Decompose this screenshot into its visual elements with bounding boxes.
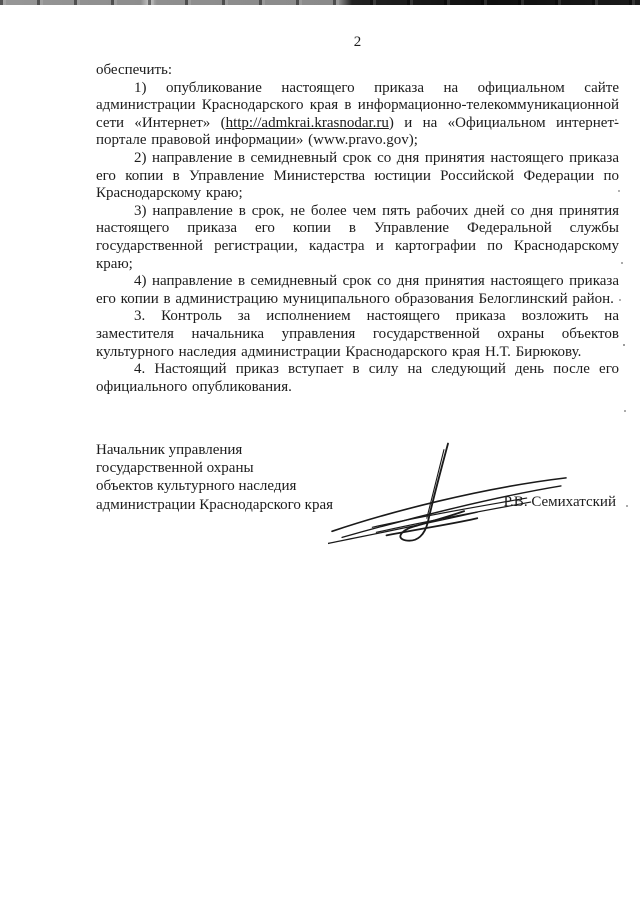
item-1-url: http://admkrai.krasnodar.ru xyxy=(226,115,389,131)
paragraph-item-4: 4) направление в семидневный срок со дня… xyxy=(96,273,619,308)
paragraph-intro: обеспечить: xyxy=(96,62,619,80)
document-body: 2 обеспечить: 1) опубликование настоящег… xyxy=(96,34,619,396)
paragraph-clause-3: 3. Контроль за исполнением настоящего пр… xyxy=(96,308,619,361)
handwritten-signature xyxy=(328,437,570,547)
paragraph-clause-4: 4. Настоящий приказ вступает в силу на с… xyxy=(96,361,619,396)
scanned-document-page: 2 обеспечить: 1) опубликование настоящег… xyxy=(0,0,640,905)
scan-artifact-top-edge xyxy=(0,0,640,5)
paragraph-item-1: 1) опубликование настоящего приказа на о… xyxy=(96,80,619,150)
signature-block: Начальник управления государственной охр… xyxy=(96,441,619,514)
paragraph-item-3: 3) направление в срок, не более чем пять… xyxy=(96,203,619,273)
signatory-name: Р.В. Семихатский xyxy=(504,493,616,511)
page-number: 2 xyxy=(96,34,619,51)
paragraph-item-2: 2) направление в семидневный срок со дня… xyxy=(96,150,619,203)
